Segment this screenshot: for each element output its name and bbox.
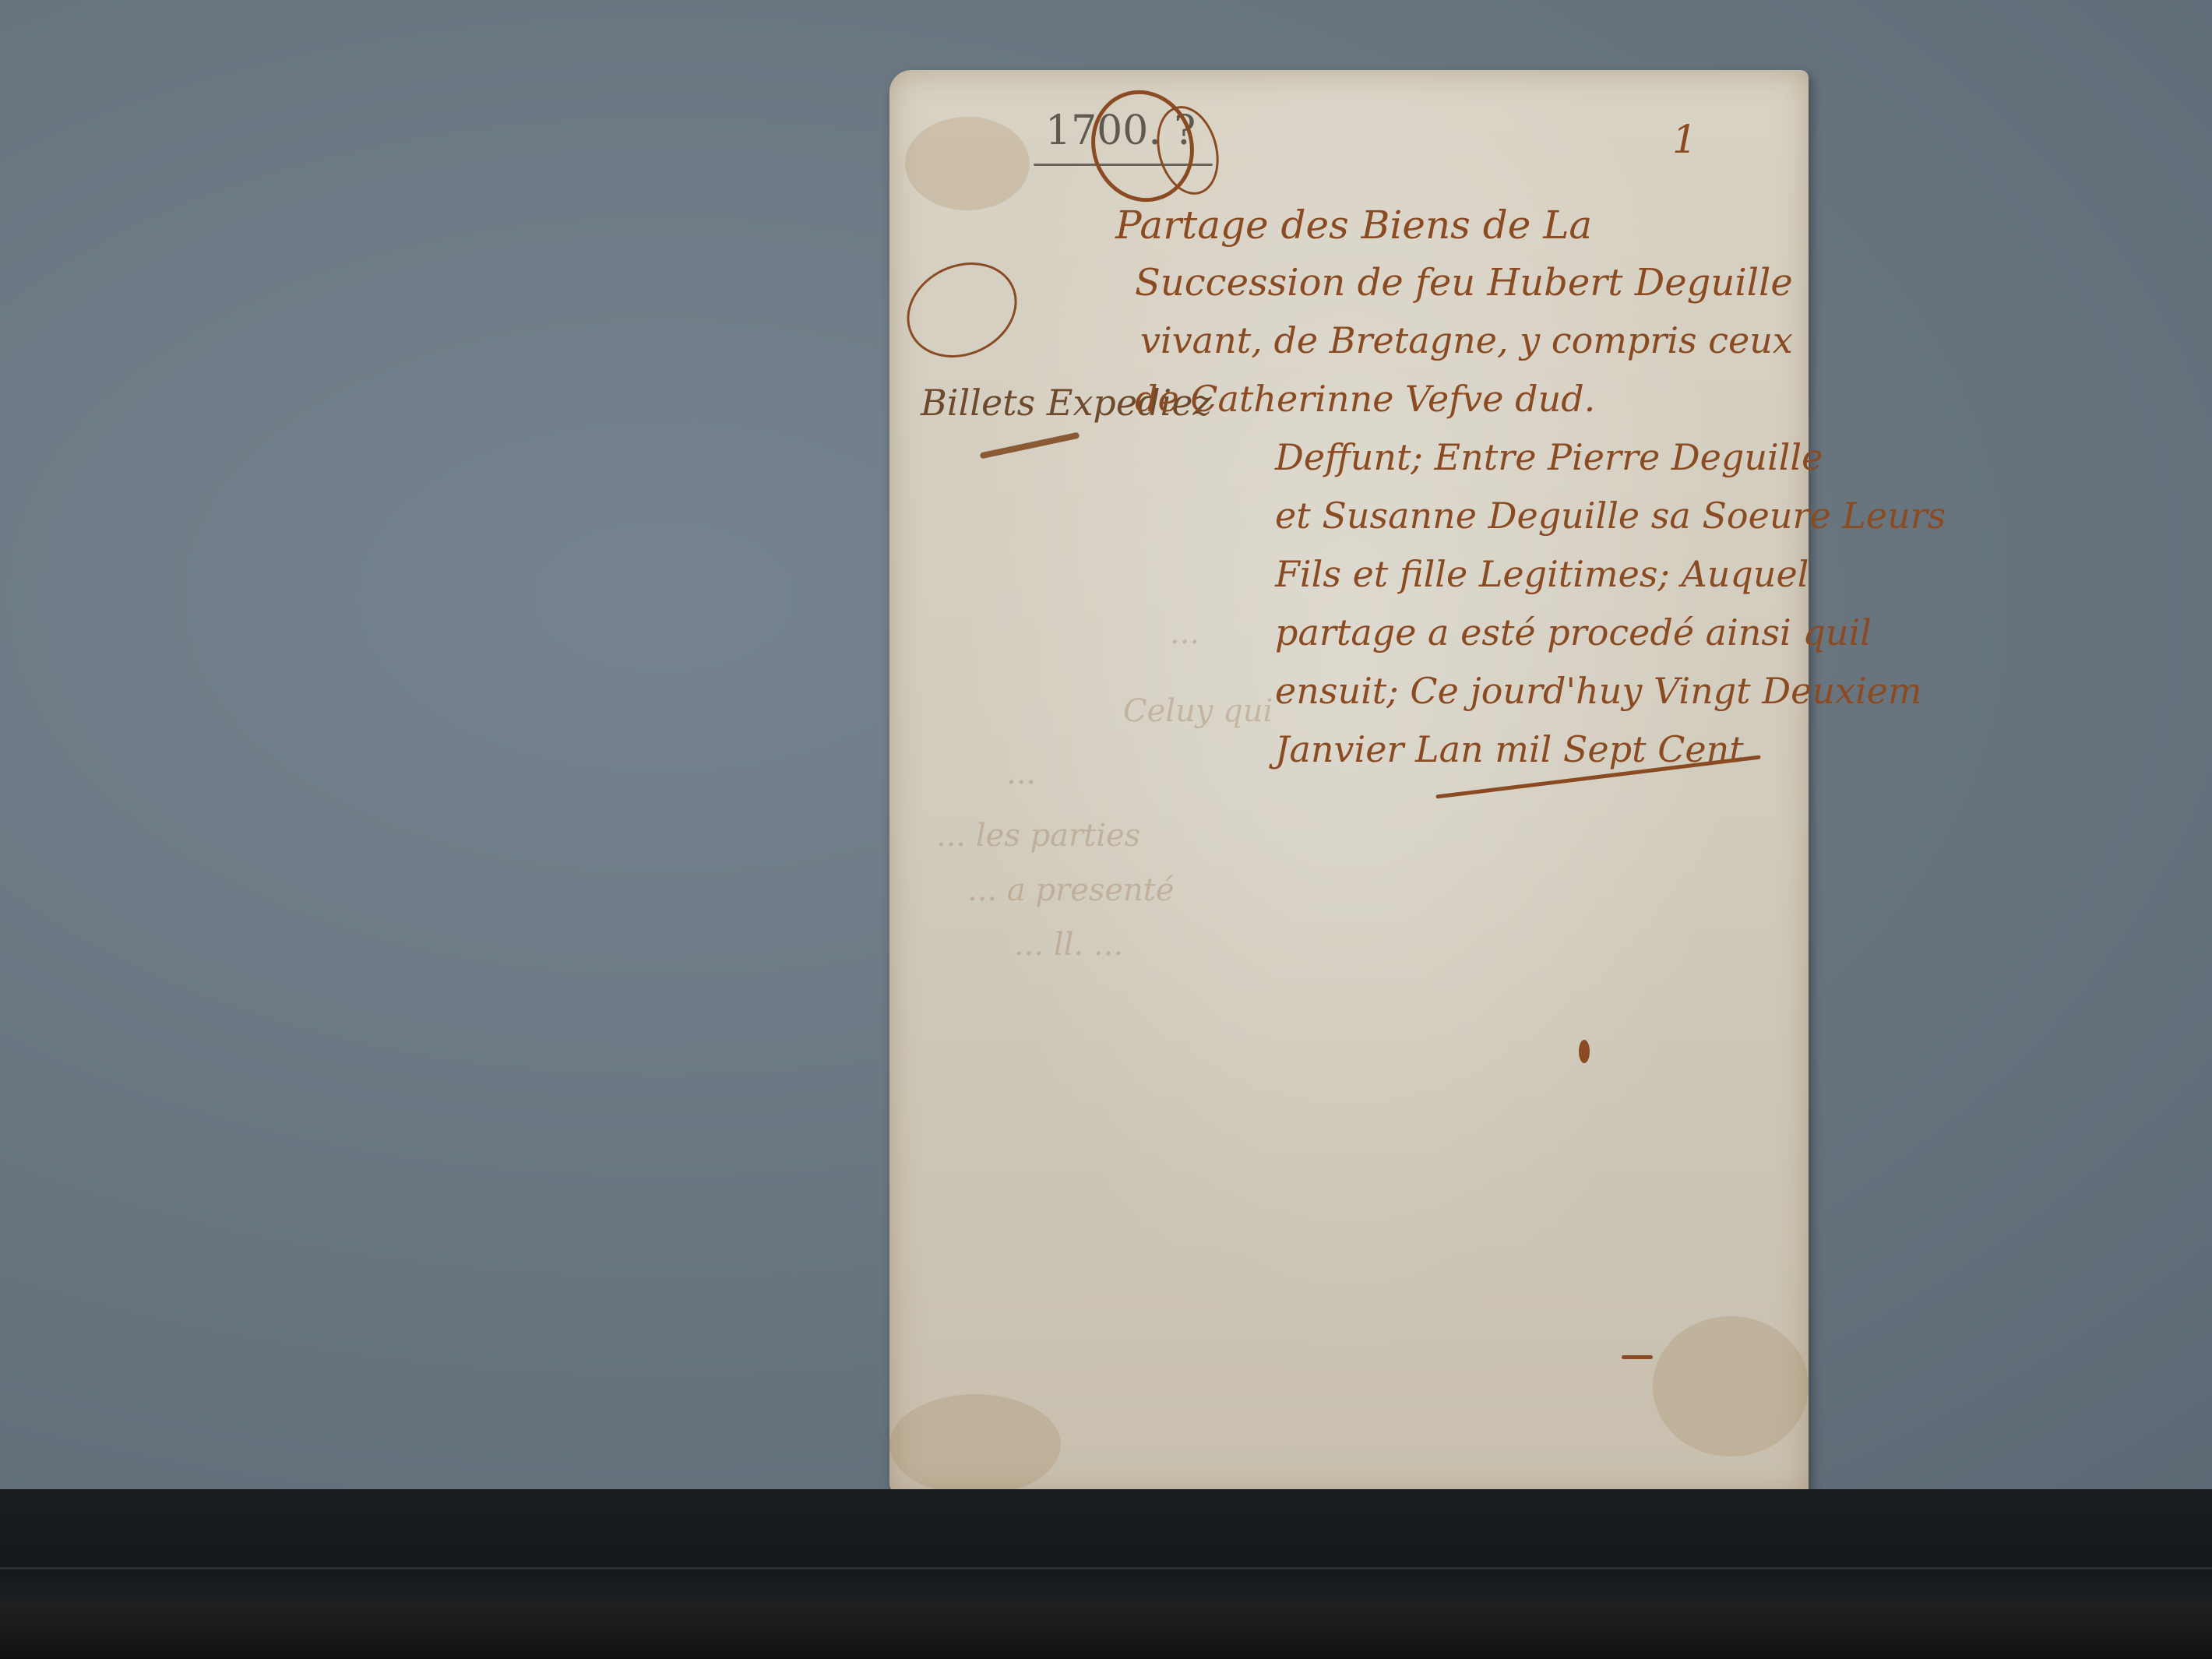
- decorative-flourish-loop: [891, 245, 1032, 375]
- body-line: ensuit; Ce jourd'huy Vingt Deuxiem: [1275, 670, 1922, 712]
- manuscript-page: 1700. ? 1 Billets Expediez Partage des B…: [889, 70, 1809, 1497]
- bleed-through-text: ... les parties: [936, 818, 1140, 854]
- bleed-through-text: ... a presenté: [967, 872, 1175, 908]
- body-line: vivant, de Bretagne, y compris ceux: [1140, 319, 1793, 361]
- bleed-through-text: ...: [1170, 615, 1199, 651]
- paper-stain: [1653, 1316, 1809, 1456]
- body-line: Fils et fille Legitimes; Auquel: [1275, 553, 1809, 595]
- bleed-through-text: ... ll. ...: [1014, 927, 1123, 963]
- folio-number: 1: [1672, 117, 1697, 162]
- shelf-edge: [0, 1567, 2212, 1569]
- bleed-through-text: ...: [1006, 756, 1036, 791]
- ink-speck: [1579, 1040, 1590, 1063]
- paper-stain: [889, 1394, 1061, 1495]
- body-line: Janvier Lan mil Sept Cent: [1275, 728, 1744, 770]
- ink-speck: [1622, 1355, 1653, 1359]
- bleed-through-text: Celuy qui: [1123, 693, 1273, 729]
- body-line: et Susanne Deguille sa Soeure Leurs: [1275, 495, 1946, 537]
- body-line: de Catherinne Vefve dud.: [1135, 378, 1595, 420]
- body-line: Succession de feu Hubert Deguille: [1135, 261, 1793, 305]
- body-line: Partage des Biens de La: [1115, 203, 1592, 248]
- paper-stain: [905, 117, 1030, 210]
- body-line: partage a esté procedé ainsi quil: [1275, 611, 1872, 653]
- margin-note-stroke: [980, 432, 1080, 460]
- body-line: Deffunt; Entre Pierre Deguille: [1275, 436, 1823, 478]
- shelf: [0, 1489, 2212, 1659]
